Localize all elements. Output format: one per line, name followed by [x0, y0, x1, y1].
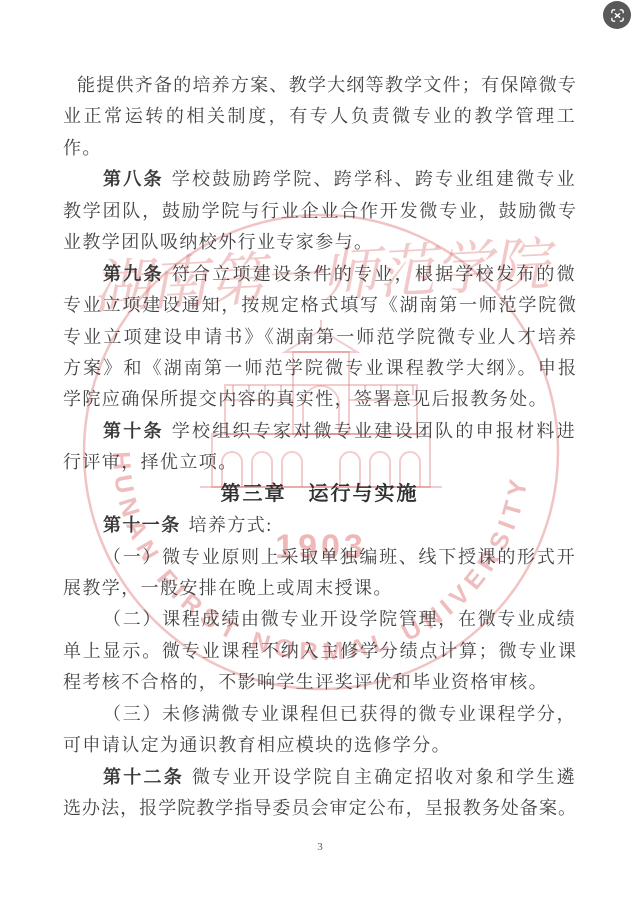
article-number: 第十条: [103, 421, 164, 441]
text-line: 第八条学校鼓励跨学院、跨学科、跨专业组建微专业: [63, 164, 576, 195]
text-line: （三）未修满微专业课程但已获得的微专业课程学分，: [63, 699, 576, 730]
article-number: 第十二条: [103, 767, 184, 787]
article-text: 学校组织专家对微专业建设团队的申报材料进: [172, 421, 576, 441]
text-line: 学院应确保所提交内容的真实性，签署意见后报教务处。: [63, 384, 576, 415]
document-page: HUNAN FIRST NORMAL UNIVERSITY 湖南第一师范学院 1…: [0, 0, 640, 897]
text-line: 可申请认定为通识教育相应模块的选修学分。: [63, 730, 576, 761]
article-text: 微专业开设学院自主确定招收对象和学生遴: [192, 767, 576, 787]
text-line: 第九条符合立项建设条件的专业，根据学校发布的微: [63, 259, 576, 290]
text-line: 业教学团队吸纳校外行业专家参与。: [63, 227, 576, 258]
text-line: 方案》和《湖南第一师范学院微专业课程教学大纲》。申报: [63, 353, 576, 384]
text-line: 能提供齐备的培养方案、教学大纲等教学文件；有保障微专: [63, 70, 576, 101]
article-number: 第十一条: [103, 515, 181, 535]
chapter-heading: 第三章 运行与实施: [63, 479, 576, 510]
viewfinder-crop-icon: [609, 7, 626, 24]
text-line: 专业立项建设通知，按规定格式填写《湖南第一师范学院微: [63, 290, 576, 321]
text-line: 单上显示。微专业课程不纳入主修学分绩点计算；微专业课: [63, 636, 576, 667]
text-line: （一）微专业原则上采取单独编班、线下授课的形式开: [63, 542, 576, 573]
text-line: 第十一条培养方式:: [63, 510, 576, 541]
article-text: 培养方式:: [189, 515, 273, 535]
article-text: 符合立项建设条件的专业，根据学校发布的微: [172, 264, 576, 284]
text-line: 作。: [63, 133, 576, 164]
page-number: 3: [0, 841, 640, 853]
capture-button[interactable]: [603, 1, 631, 29]
text-line: （二）课程成绩由微专业开设学院管理，在微专业成绩: [63, 604, 576, 635]
text-line: 业正常运转的相关制度，有专人负责微专业的教学管理工: [63, 101, 576, 132]
text-line: 教学团队，鼓励学院与行业企业合作开发微专业，鼓励微专: [63, 196, 576, 227]
text-line: 行评审，择优立项。: [63, 447, 576, 478]
document-body: 能提供齐备的培养方案、教学大纲等教学文件；有保障微专业正常运转的相关制度，有专人…: [63, 70, 576, 825]
text-line: 选办法，报学院教学指导委员会审定公布，呈报教务处备案。: [63, 793, 576, 824]
text-line: 展教学，一般安排在晚上或周末授课。: [63, 573, 576, 604]
article-text: 学校鼓励跨学院、跨学科、跨专业组建微专业: [172, 169, 576, 189]
article-number: 第八条: [103, 169, 164, 189]
text-line: 第十二条微专业开设学院自主确定招收对象和学生遴: [63, 762, 576, 793]
text-line: 程考核不合格的，不影响学生评奖评优和毕业资格审核。: [63, 667, 576, 698]
text-line: 专业立项建设申请书》《湖南第一师范学院微专业人才培养: [63, 322, 576, 353]
article-number: 第九条: [103, 264, 164, 284]
text-line: 第十条学校组织专家对微专业建设团队的申报材料进: [63, 416, 576, 447]
